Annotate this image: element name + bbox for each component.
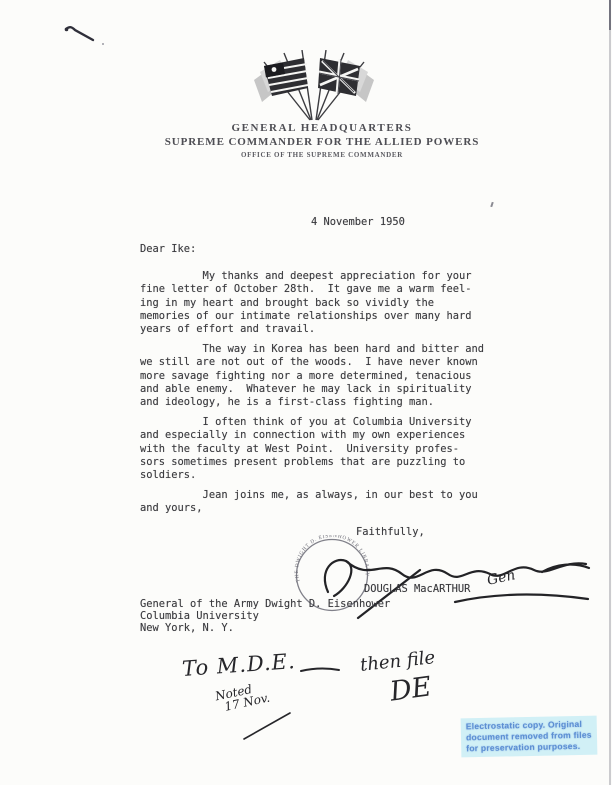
routing-note: To M.D.E. <box>181 649 296 681</box>
macarthur-signature <box>290 530 610 630</box>
electrostatic-copy-stamp: Electrostatic copy. Original document re… <box>461 716 598 758</box>
noted-slash-stroke <box>238 708 296 744</box>
speck-artifact <box>490 202 493 207</box>
electrostatic-stamp-line3: for preservation purposes. <box>466 741 592 755</box>
recipient-city: New York, N. Y. <box>140 622 234 635</box>
typed-signer-name: DOUGLAS MacARTHUR <box>364 583 470 596</box>
letterhead-line2: SUPREME COMMANDER FOR THE ALLIED POWERS <box>32 136 612 148</box>
pen-mark-artifact <box>58 20 118 50</box>
paragraph-4: Jean joins me, as always, in our best to… <box>140 489 492 516</box>
salutation: Dear Ike: <box>140 243 196 256</box>
eisenhower-initials: DE <box>388 671 433 707</box>
paragraph-1: My thanks and deepest appreciation for y… <box>140 270 492 336</box>
paragraph-3: I often think of you at Columbia Univers… <box>140 416 492 482</box>
scan-edge-line-top <box>609 0 611 30</box>
allied-flags-emblem <box>250 50 378 124</box>
scan-edge-line <box>609 0 611 785</box>
letter-date: 4 November 1950 <box>311 216 405 229</box>
letterhead-line3: OFFICE OF THE SUPREME COMMANDER <box>32 151 612 159</box>
paragraph-2: The way in Korea has been hard and bitte… <box>140 343 492 409</box>
routing-dash-stroke <box>298 664 342 676</box>
letterhead-line1: GENERAL HEADQUARTERS <box>32 122 612 134</box>
scanned-letter-page: GENERAL HEADQUARTERS SUPREME COMMANDER F… <box>0 0 612 785</box>
